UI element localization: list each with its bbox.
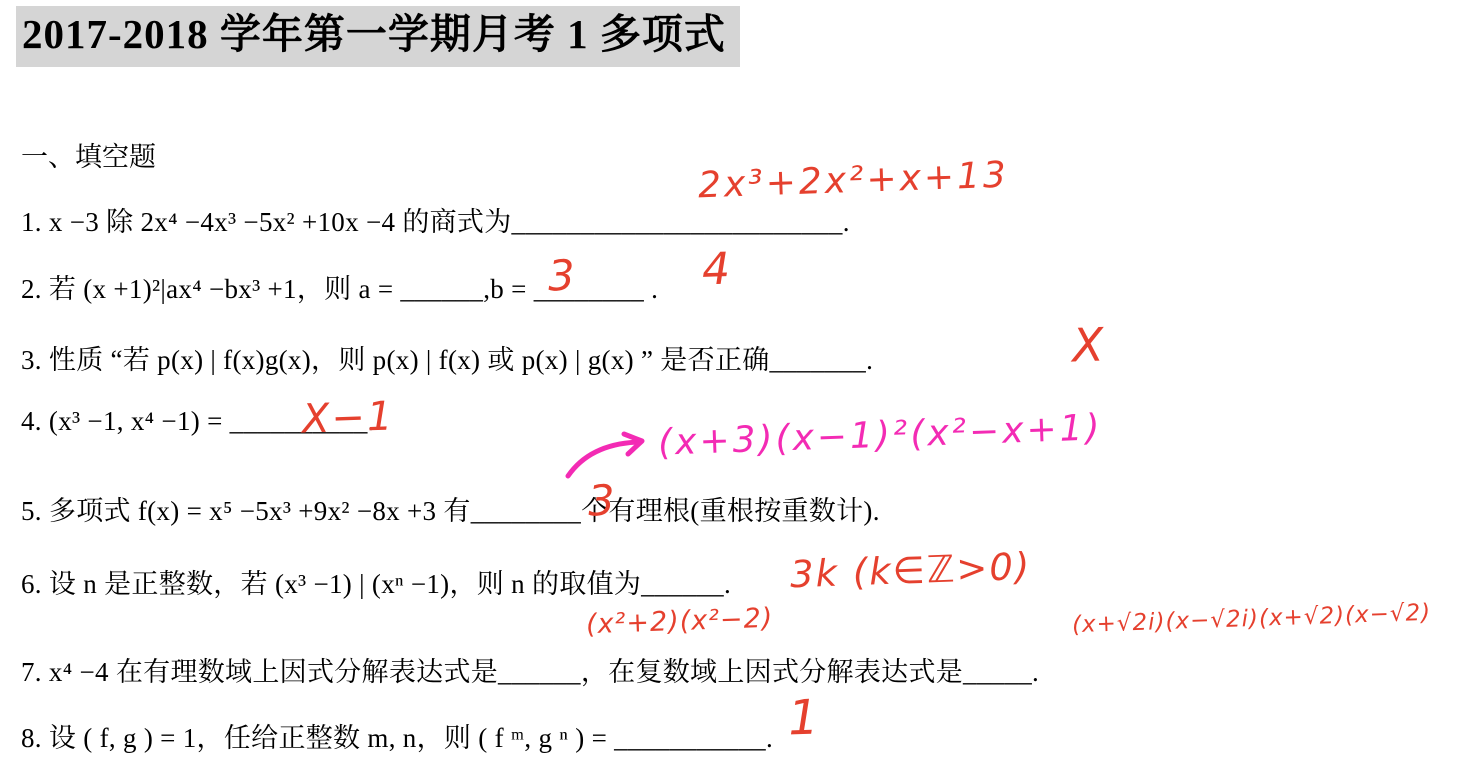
handwritten-note-q7-complex: (x+√2i)(x−√2i)(x+√2)(x−√2): [1072, 602, 1432, 638]
question-6: 6. 设 n 是正整数，若 (x³ −1) | (xⁿ −1)，则 n 的取值为…: [21, 562, 731, 601]
question-8: 8. 设 ( f, g ) = 1，任给正整数 m, n，则 ( f ᵐ, g …: [21, 716, 773, 755]
handwritten-answer-q4: X−1: [301, 396, 395, 439]
handwritten-note-q4: (x+3)(x−1)²(x²−x+1): [658, 410, 1104, 461]
question-1: 1. x −3 除 2x⁴ −4x³ −5x² +10x −4 的商式为____…: [21, 200, 850, 239]
handwritten-note-q7-rational: (x²+2)(x²−2): [586, 605, 774, 639]
question-5: 5. 多项式 f(x) = x⁵ −5x³ +9x² −8x +3 有_____…: [21, 489, 880, 528]
section-heading: 一、填空题: [21, 135, 156, 174]
handwritten-answer-q2-a: 3: [547, 255, 575, 298]
question-7: 7. x⁴ −4 在有理数域上因式分解表达式是______，在复数域上因式分解表…: [21, 650, 1039, 689]
handwritten-answer-q6: 3k (k∈ℤ>0): [789, 548, 1032, 593]
question-3: 3. 性质 “若 p(x) | f(x)g(x)，则 p(x) | f(x) 或…: [21, 338, 873, 377]
handwritten-answer-q8: 1: [787, 693, 819, 742]
handwritten-answer-q5: 3: [587, 480, 615, 523]
exam-page: 2017-2018 学年第一学期月考 1 多项式 一、填空题 1. x −3 除…: [0, 0, 1464, 774]
page-title: 2017-2018 学年第一学期月考 1 多项式: [16, 6, 740, 67]
handwritten-answer-q2-b: 4: [701, 248, 731, 293]
handwritten-answer-q3: X: [1071, 321, 1104, 368]
handwritten-answer-q1: 2x³+2x²+x+13: [697, 158, 1009, 205]
